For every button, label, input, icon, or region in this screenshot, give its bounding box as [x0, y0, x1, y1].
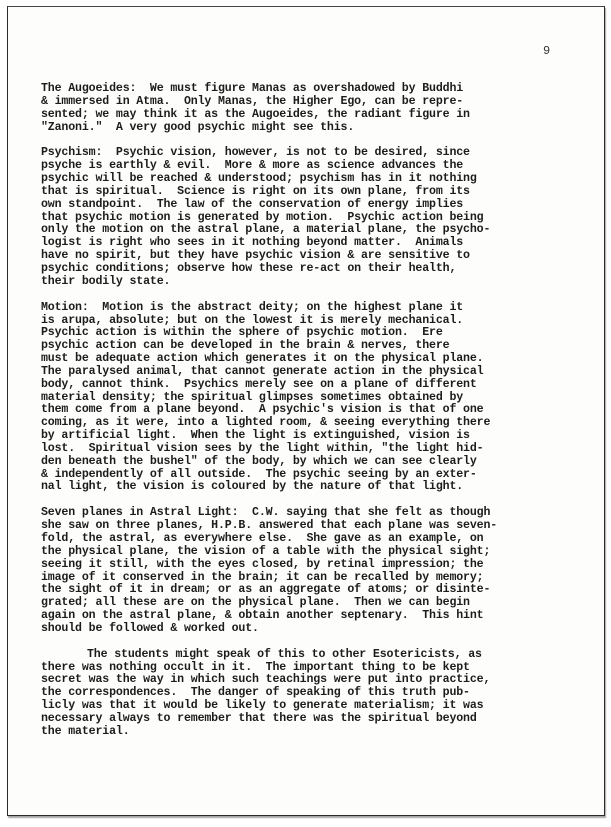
text-line: the physical plane, the vision of a tabl… — [41, 546, 601, 559]
text-line: should be followed & worked out. — [41, 623, 601, 636]
text-line: nal light, the vision is coloured by the… — [41, 481, 601, 494]
text-line: their bodily state. — [41, 276, 601, 289]
text-line: Motion: Motion is the abstract deity; on… — [41, 302, 601, 315]
text-line: The Augoeides: We must figure Manas as o… — [41, 83, 601, 96]
text-line: lost. Spiritual vision sees by the light… — [41, 443, 601, 456]
text-line: psychic will be reached & understood; ps… — [41, 173, 601, 186]
text-line: the material. — [41, 726, 601, 739]
paragraph-seven-planes: Seven planes in Astral Light: C.W. sayin… — [41, 507, 601, 635]
text-line: necessary always to remember that there … — [41, 713, 601, 726]
document-page: 9 The Augoeides: We must figure Manas as… — [7, 6, 605, 816]
document-body: The Augoeides: We must figure Manas as o… — [41, 83, 601, 752]
text-line: again on the astral plane, & obtain anot… — [41, 610, 601, 623]
text-line: by artificial light. When the light is e… — [41, 430, 601, 443]
text-line: own standpoint. The law of the conservat… — [41, 199, 601, 212]
text-line: must be adequate action which generates … — [41, 353, 601, 366]
text-line: seeing it still, with the eyes closed, b… — [41, 559, 601, 572]
text-line: "Zanoni." A very good psychic might see … — [41, 122, 601, 135]
text-line: sented; we may think it as the Augoeides… — [41, 109, 601, 122]
paragraph-augoeides: The Augoeides: We must figure Manas as o… — [41, 83, 601, 134]
page-number: 9 — [543, 44, 550, 58]
paragraph-motion: Motion: Motion is the abstract deity; on… — [41, 302, 601, 495]
text-line: psychic conditions; observe how these re… — [41, 263, 601, 276]
text-line: The students might speak of this to othe… — [41, 649, 601, 662]
text-line: fold, the astral, as everywhere else. Sh… — [41, 533, 601, 546]
text-line: & immersed in Atma. Only Manas, the High… — [41, 96, 601, 109]
text-line: body, cannot think. Psychics merely see … — [41, 379, 601, 392]
text-line: den beneath the bushel" of the body, by … — [41, 456, 601, 469]
paragraph-students: The students might speak of this to othe… — [41, 649, 601, 739]
paragraph-psychism: Psychism: Psychic vision, however, is no… — [41, 147, 601, 288]
text-line: that is spiritual. Science is right on i… — [41, 186, 601, 199]
text-line: The paralysed animal, that cannot genera… — [41, 366, 601, 379]
